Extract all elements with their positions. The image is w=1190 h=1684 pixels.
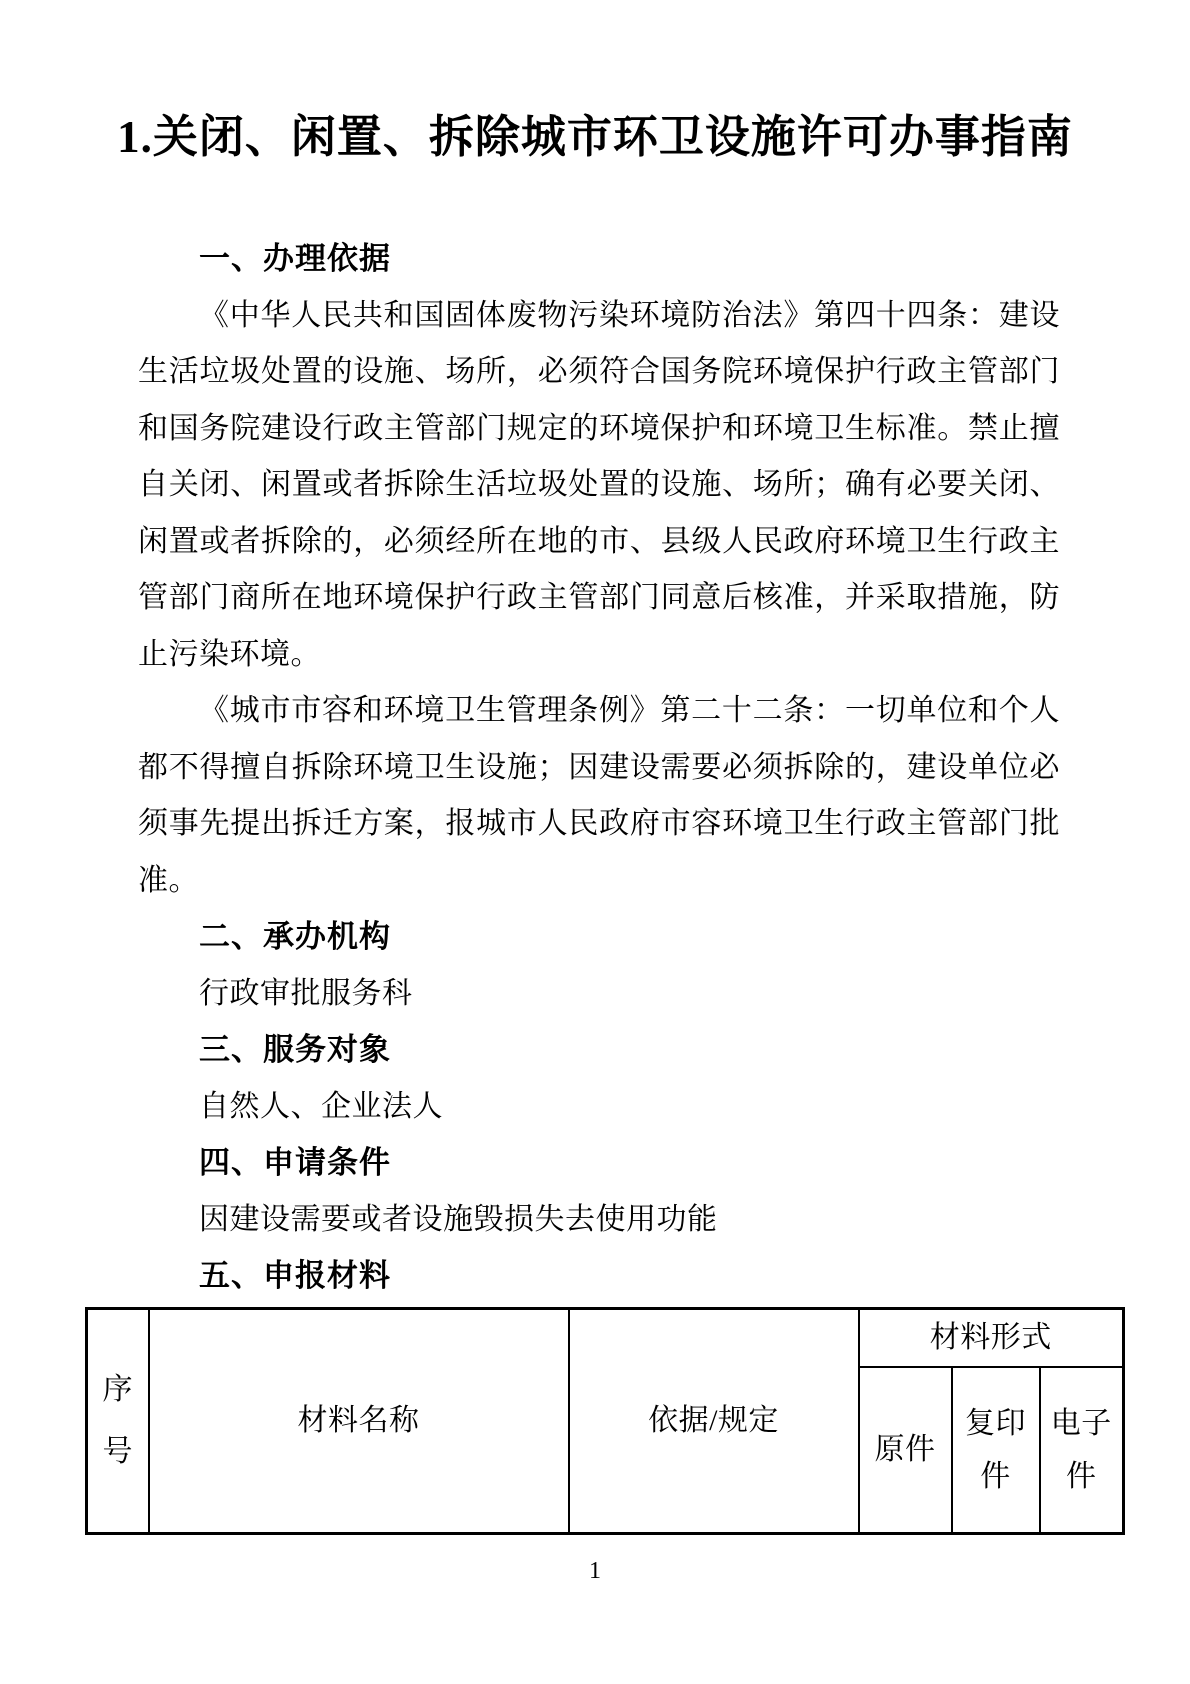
table-header-row-top: 序号 材料名称 依据/规定 材料形式 xyxy=(87,1309,1124,1367)
paragraph-agency: 行政审批服务科 xyxy=(138,966,1060,1023)
section-heading-service-target: 三、服务对象 xyxy=(138,1022,1060,1079)
section-heading-conditions: 四、申请条件 xyxy=(138,1135,1060,1192)
paragraph-regulation-city-appearance: 《城市市容和环境卫生管理条例》第二十二条：一切单位和个人都不得擅自拆除环境卫生设… xyxy=(138,683,1060,909)
table-header-original: 原件 xyxy=(859,1367,952,1534)
paragraph-conditions: 因建设需要或者设施毁损失去使用功能 xyxy=(138,1192,1060,1249)
paragraph-law-solid-waste: 《中华人民共和国固体废物污染环境防治法》第四十四条：建设生活垃圾处置的设施、场所… xyxy=(138,288,1060,684)
document-title: 1.关闭、闲置、拆除城市环卫设施许可办事指南 xyxy=(0,100,1190,174)
table-header-copy: 复印件 xyxy=(952,1367,1040,1534)
document-page: 1.关闭、闲置、拆除城市环卫设施许可办事指南 一、办理依据 《中华人民共和国固体… xyxy=(0,0,1190,1684)
paragraph-service-target: 自然人、企业法人 xyxy=(138,1079,1060,1136)
page-number: 1 xyxy=(0,1550,1190,1592)
table-header-basis: 依据/规定 xyxy=(569,1309,859,1534)
materials-table: 序号 材料名称 依据/规定 材料形式 原件 复印件 电子件 xyxy=(85,1307,1125,1535)
section-heading-materials: 五、申报材料 xyxy=(138,1248,1060,1305)
section-heading-basis: 一、办理依据 xyxy=(138,231,1060,288)
table-header-electronic: 电子件 xyxy=(1040,1367,1124,1534)
section-heading-agency: 二、承办机构 xyxy=(138,909,1060,966)
table-header-index: 序号 xyxy=(87,1309,149,1534)
table-header-material-form-group: 材料形式 xyxy=(859,1309,1124,1367)
document-body: 一、办理依据 《中华人民共和国固体废物污染环境防治法》第四十四条：建设生活垃圾处… xyxy=(138,231,1060,1305)
table-header-material-name: 材料名称 xyxy=(149,1309,569,1534)
